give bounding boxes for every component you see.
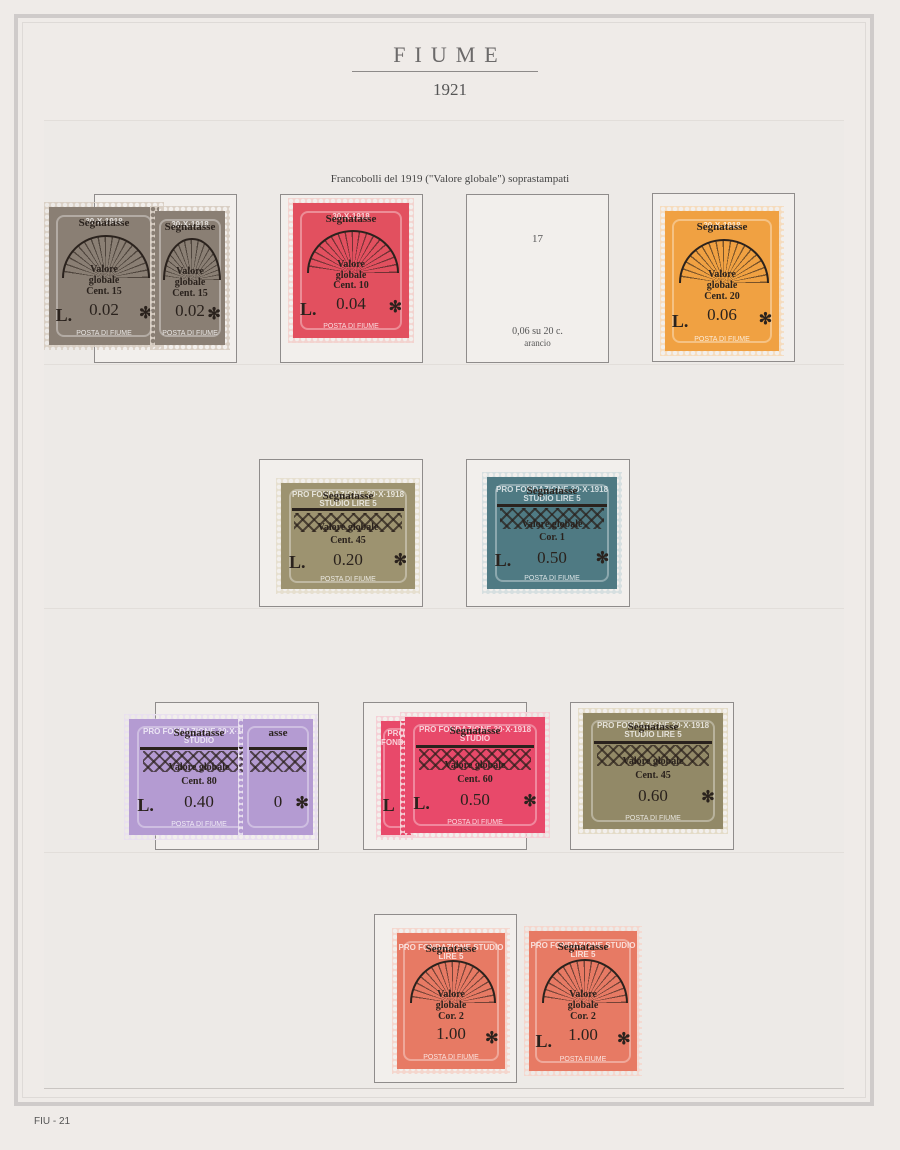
overprint-segnatasse: Segnatasse — [281, 491, 415, 502]
overprint-original-value: Cent. 20 — [665, 292, 779, 302]
lattice-overprint-icon — [250, 751, 306, 772]
overprint-lira-sign: L. — [300, 300, 317, 318]
overprint-original-value: Cor. 1 — [487, 533, 617, 543]
asterisk-overprint-icon: ✻ — [701, 790, 714, 806]
stamp-inscription: POSTA DI FIUME — [49, 330, 159, 337]
album-strip-2 — [44, 364, 844, 609]
stamp-design: PRO FONDAZIONE 30·X·1918 STUDIO LIRE 5Se… — [583, 713, 723, 829]
asterisk-overprint-icon: ✻ — [207, 307, 220, 323]
overprint-lira-sign: L. — [289, 553, 306, 571]
overprint-lira-sign: L. — [495, 551, 512, 569]
stamp: asse0✻ — [238, 714, 318, 840]
stamp-frame — [247, 726, 309, 828]
overprint-original-value: Cent. 45 — [583, 771, 723, 781]
stamp: 30·X·1918SegnatasseValoreglobaleCent. 10… — [288, 198, 414, 343]
overprint-segnatasse: Segnatasse — [155, 222, 225, 233]
overprint-valore: Valore — [293, 260, 409, 270]
overprint-lira-sign: L. — [535, 1032, 552, 1050]
page-footer-code: FIU - 21 — [34, 1116, 70, 1127]
title-divider — [352, 71, 538, 72]
overprint-globale: globale — [293, 271, 409, 281]
stamp: PRO FONDAZIONE STUDIO LIRE 5SegnatasseVa… — [524, 926, 642, 1076]
stamp: PRO FONDAZIONE STUDIO LIRE 5SegnatasseVa… — [392, 928, 510, 1074]
overprint-original-value: Cor. 2 — [397, 1012, 505, 1022]
stamp-design: PRO FONDAZIONE STUDIO LIRE 5SegnatasseVa… — [529, 931, 637, 1071]
page-title: FIUME — [0, 42, 900, 68]
stamp: PRO FONDAZIONE 30·X·1918 STUDIO LIRE 5Se… — [482, 472, 622, 594]
asterisk-overprint-icon: ✻ — [617, 1032, 630, 1048]
overprint-segnatasse: Segnatasse — [405, 726, 545, 737]
overprint-original-value: Cent. 15 — [49, 287, 159, 297]
stamp-inscription: POSTA DI FIUME — [293, 323, 409, 330]
asterisk-overprint-icon: ✻ — [523, 794, 536, 810]
overprint-valore: Valore globale — [487, 520, 617, 530]
overprint-segnatasse: Segnatasse — [397, 944, 505, 955]
asterisk-overprint-icon: ✻ — [389, 300, 402, 316]
overprint-lira-sign: L. — [672, 312, 689, 330]
overprint-lira-sign: L. — [413, 794, 430, 812]
catalogue-number: 17 — [467, 233, 608, 245]
asterisk-overprint-icon: ✻ — [759, 312, 772, 328]
overprint-original-value: Cent. 60 — [405, 775, 545, 785]
overprint-valore: Valore — [529, 990, 637, 1000]
overprint-original-value: Cent. 10 — [293, 281, 409, 291]
obliterating-bar — [416, 745, 534, 748]
overprint-segnatasse: Segnatasse — [487, 486, 617, 497]
overprint-segnatasse: Segnatasse — [49, 218, 159, 229]
overprint-valore: Valore — [155, 267, 225, 277]
stamp: 30·X·1918SegnatasseValoreglobaleCent. 15… — [44, 202, 164, 350]
section-caption: Francobolli del 1919 ("Valore globale") … — [0, 173, 900, 185]
stamp-inscription: POSTA DI FIUME — [281, 576, 415, 583]
asterisk-overprint-icon: ✻ — [295, 796, 308, 812]
stamp-design: PRO FONDAZIONE STUDIO LIRE 5SegnatasseVa… — [397, 933, 505, 1069]
stamp: 30·X·1918SegnatasseValoreglobaleCent. 15… — [150, 206, 230, 350]
obliterating-bar — [594, 741, 712, 744]
obliterating-bar — [497, 504, 606, 507]
overprint-lira-sign: L — [383, 796, 395, 814]
overprint-segnatasse: Segnatasse — [293, 214, 409, 225]
overprint-segnatasse: Segnatasse — [665, 222, 779, 233]
stamp-inscription: POSTA DI FIUME — [405, 819, 545, 826]
stamp: PRO FONDAZIONE 30·X·1918 STUDIO LIRE 5Se… — [578, 708, 728, 834]
overprint-valore: Valore — [49, 265, 159, 275]
overprint-lira-sign: L. — [137, 796, 154, 814]
overprint-valore: Valore globale — [583, 757, 723, 767]
overprint-valore: Valore — [665, 270, 779, 280]
stamp-design: 30·X·1918SegnatasseValoreglobaleCent. 15… — [49, 207, 159, 345]
obliterating-bar — [292, 508, 405, 511]
overprint-valore: Valore globale — [405, 761, 545, 771]
stamp-design: asse0✻ — [243, 719, 313, 835]
overprint-valore: Valore — [397, 990, 505, 1000]
overprint-globale: globale — [49, 276, 159, 286]
stamp-description: 0,06 su 20 c. — [467, 326, 608, 337]
stamp-design: 30·X·1918SegnatasseValoreglobaleCent. 15… — [155, 211, 225, 345]
overprint-lira-sign: L. — [56, 306, 73, 324]
stamp-inscription: POSTA DI FIUME — [397, 1054, 505, 1061]
overprint-valore: Valore globale — [281, 523, 415, 533]
stamp-design: PRO FONDAZIONE 30·X·1918 STUDIOSegnatass… — [405, 717, 545, 833]
asterisk-overprint-icon: ✻ — [485, 1031, 498, 1047]
stamp-inscription: POSTA DI FIUME — [487, 575, 617, 582]
overprint-globale: globale — [155, 278, 225, 288]
stamp: PRO FONDAZIONE 30·X·1918 STUDIO LIRE 5Se… — [276, 478, 420, 594]
overprint-original-value: Cent. 45 — [281, 536, 415, 546]
stamp-inscription: POSTA DI FIUME — [583, 815, 723, 822]
empty-stamp-mount: 17 0,06 su 20 c. arancio — [466, 194, 609, 363]
overprint-globale: globale — [529, 1001, 637, 1011]
overprint-segnatasse: Segnatasse — [529, 942, 637, 953]
stamp-inscription: POSTA FIUME — [529, 1056, 637, 1063]
overprint-globale: globale — [397, 1001, 505, 1011]
stamp-color: arancio — [467, 338, 608, 348]
overprint-segnatasse: Segnatasse — [583, 722, 723, 733]
stamp: PRO FONDAZIONE 30·X·1918 STUDIOSegnatass… — [400, 712, 550, 838]
stamp-design: PRO FONDAZIONE 30·X·1918 STUDIO LIRE 5Se… — [487, 477, 617, 589]
overprint-segnatasse: asse — [243, 728, 313, 739]
obliterating-bar — [249, 747, 308, 750]
stamp-inscription: POSTA DI FIUME — [155, 330, 225, 337]
stamp-design: PRO FONDAZIONE 30·X·1918 STUDIO LIRE 5Se… — [281, 483, 415, 589]
asterisk-overprint-icon: ✻ — [596, 551, 609, 567]
overprint-original-value: Cent. 15 — [155, 289, 225, 299]
asterisk-overprint-icon: ✻ — [394, 553, 407, 569]
overprint-globale: globale — [665, 281, 779, 291]
stamp-inscription: POSTA DI FIUME — [665, 336, 779, 343]
stamp: 30·X·1918SegnatasseValoreglobaleCent. 20… — [660, 206, 784, 356]
stamp-design: 30·X·1918SegnatasseValoreglobaleCent. 20… — [665, 211, 779, 351]
stamp-design: 30·X·1918SegnatasseValoreglobaleCent. 10… — [293, 203, 409, 338]
overprint-original-value: Cor. 2 — [529, 1012, 637, 1022]
page-year: 1921 — [0, 80, 900, 100]
